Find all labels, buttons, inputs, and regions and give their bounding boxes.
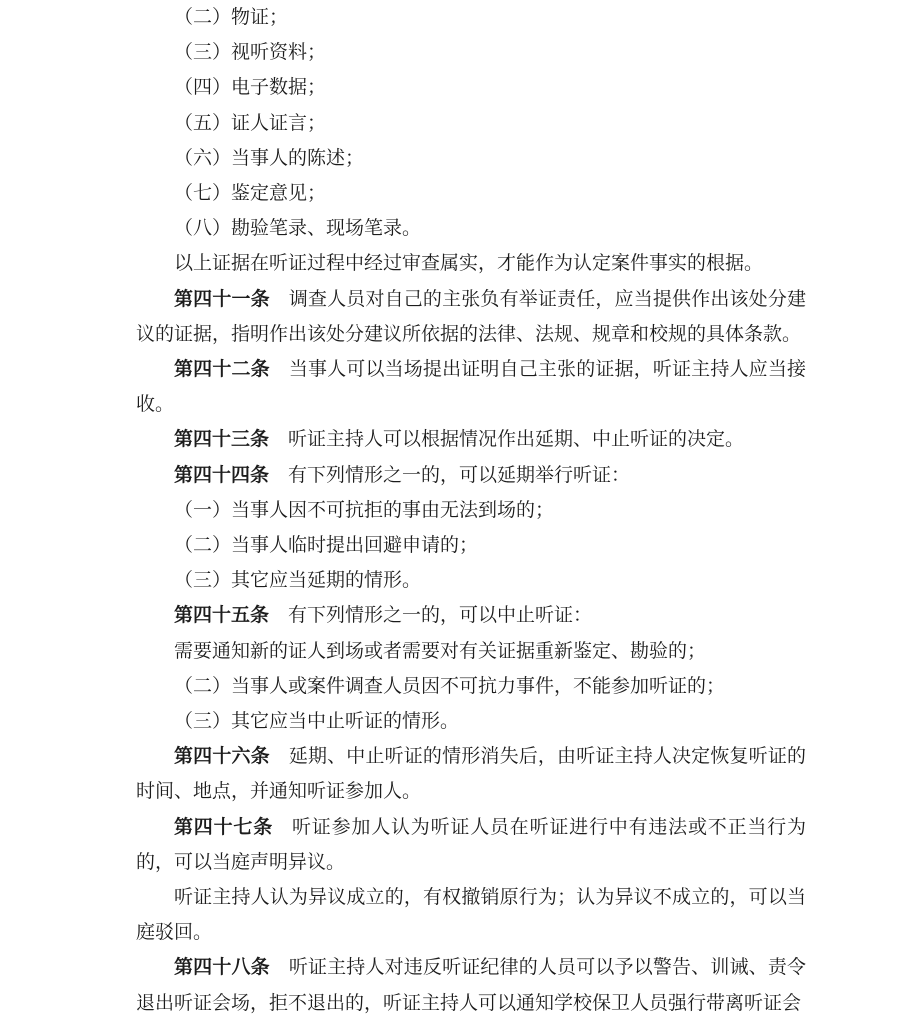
article-number: 第四十八条 [174,957,270,978]
body-paragraph: 以上证据在听证过程中经过审查属实，才能作为认定案件事实的根据。 [136,246,806,281]
article-paragraph: 第四十七条听证参加人认为听证人员在听证进行中有违法或不正当行为的，可以当庭声明异… [136,810,806,880]
article-paragraph: 第四十四条有下列情形之一的，可以延期举行听证： [136,458,806,493]
article-paragraph: 第四十一条调查人员对自己的主张负有举证责任，应当提供作出该处分建议的证据，指明作… [136,282,806,352]
document-page: （二）物证；（三）视听资料；（四）电子数据；（五）证人证言；（六）当事人的陈述；… [0,0,900,1020]
article-number: 第四十一条 [174,289,270,310]
list-item-paragraph: （一）当事人因不可抗拒的事由无法到场的； [136,493,806,528]
article-text: 听证主持人可以根据情况作出延期、中止听证的决定。 [288,429,744,450]
list-item-paragraph: （三）其它应当延期的情形。 [136,563,806,598]
list-item-paragraph: （三）其它应当中止听证的情形。 [136,704,806,739]
article-number: 第四十三条 [174,429,269,450]
list-item-paragraph: （六）当事人的陈述； [136,141,806,176]
article-number: 第四十四条 [174,465,269,486]
article-number: 第四十七条 [174,817,273,838]
list-item-paragraph: （七）鉴定意见； [136,176,806,211]
article-paragraph: 第四十五条有下列情形之一的，可以中止听证： [136,598,806,633]
list-item-paragraph: （八）勘验笔录、现场笔录。 [136,211,806,246]
document-body: （二）物证；（三）视听资料；（四）电子数据；（五）证人证言；（六）当事人的陈述；… [136,0,806,1020]
article-paragraph: 第四十六条延期、中止听证的情形消失后，由听证主持人决定恢复听证的时间、地点，并通… [136,739,806,809]
body-paragraph: 听证主持人认为异议成立的，有权撤销原行为；认为异议不成立的，可以当庭驳回。 [136,880,806,950]
article-text: 有下列情形之一的，可以延期举行听证： [288,465,630,486]
article-paragraph: 第四十二条当事人可以当场提出证明自己主张的证据，听证主持人应当接收。 [136,352,806,422]
list-item-paragraph: （四）电子数据； [136,70,806,105]
list-item-paragraph: （二）当事人临时提出回避申请的； [136,528,806,563]
article-number: 第四十六条 [174,746,270,767]
body-paragraph: 需要通知新的证人到场或者需要对有关证据重新鉴定、勘验的； [136,634,806,669]
list-item-paragraph: （三）视听资料； [136,35,806,70]
article-paragraph: 第四十八条听证主持人对违反听证纪律的人员可以予以警告、训诫、责令退出听证会场，拒… [136,950,806,1020]
article-paragraph: 第四十三条听证主持人可以根据情况作出延期、中止听证的决定。 [136,422,806,457]
list-item-paragraph: （二）当事人或案件调查人员因不可抗力事件，不能参加听证的； [136,669,806,704]
article-number: 第四十五条 [174,605,269,626]
list-item-paragraph: （二）物证； [136,0,806,35]
article-number: 第四十二条 [174,359,270,380]
article-text: 有下列情形之一的，可以中止听证： [288,605,592,626]
list-item-paragraph: （五）证人证言； [136,106,806,141]
